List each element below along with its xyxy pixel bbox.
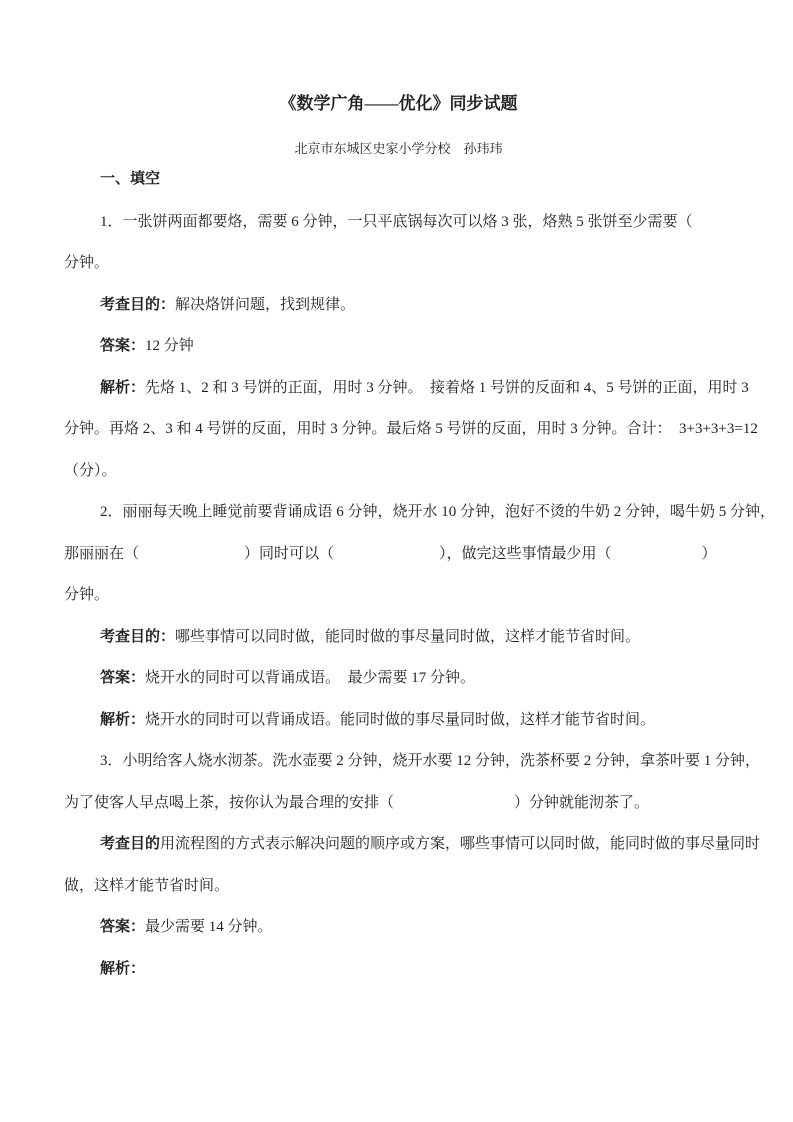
question-2-text-cont: 那丽丽在（ ）同时可以（ ），做完这些事情最少用（ ） (64, 546, 717, 562)
question-2-text-cont: 分钟。 (64, 587, 109, 603)
question-3-analysis-label-line: 解析： (64, 949, 733, 991)
question-2-line-3: 分钟。 (64, 575, 733, 617)
analysis-label: 解析： (100, 712, 145, 728)
purpose-label: 考查目的： (100, 297, 175, 313)
question-3-line-2: 为了使客人早点喝上茶，按你认为最合理的安排（ ）分钟就能沏茶了。 (64, 783, 733, 825)
question-1-line-1: 1．一张饼两面都要烙，需要 6 分钟，一只平底锅每次可以烙 3 张，烙熟 5 张… (64, 202, 733, 244)
analysis-text-cont: （分）。 (64, 463, 117, 479)
purpose-text: 用流程图的方式表示解决问题的顺序或方案，哪些事情可以同时做，能同时做的事尽量同时 (160, 836, 760, 852)
question-1-text-cont: 分钟。 (64, 255, 109, 271)
question-1-analysis-line-1: 解析：先烙 1、2 和 3 号饼的正面，用时 3 分钟。 接着烙 1 号饼的反面… (64, 368, 733, 410)
answer-text: 烧开水的同时可以背诵成语。 最少需要 17 分钟。 (145, 670, 475, 686)
analysis-label: 解析： (100, 380, 145, 396)
question-3-line-1: 3．小明给客人烧水沏茶。洗水壶要 2 分钟，烧开水要 12 分钟，洗茶杯要 2 … (64, 741, 733, 783)
purpose-label: 考查目的： (100, 629, 175, 645)
question-2-purpose: 考查目的：哪些事情可以同时做，能同时做的事尽量同时做，这样才能节省时间。 (64, 617, 733, 659)
question-3-text-cont: 为了使客人早点喝上茶，按你认为最合理的安排（ ）分钟就能沏茶了。 (64, 795, 649, 811)
answer-label: 答案： (100, 338, 145, 354)
answer-text: 最少需要 14 分钟。 (145, 919, 273, 935)
question-1-answer: 答案：12 分钟 (64, 326, 733, 368)
answer-text: 12 分钟 (145, 338, 194, 354)
question-2-answer: 答案：烧开水的同时可以背诵成语。 最少需要 17 分钟。 (64, 658, 733, 700)
question-3-purpose-line-1: 考查目的用流程图的方式表示解决问题的顺序或方案，哪些事情可以同时做，能同时做的事… (64, 824, 733, 866)
purpose-text: 哪些事情可以同时做，能同时做的事尽量同时做，这样才能节省时间。 (175, 629, 640, 645)
analysis-text-cont: 分钟。再烙 2、3 和 4 号饼的反面，用时 3 分钟。最后烙 5 号饼的反面，… (64, 421, 758, 437)
answer-label: 答案： (100, 670, 145, 686)
byline: 北京市东城区史家小学分校 孙玮玮 (64, 134, 733, 164)
document-page: 《数学广角——优化》同步试题 北京市东城区史家小学分校 孙玮玮 一、填空 1．一… (0, 0, 793, 1122)
analysis-label: 解析： (100, 961, 145, 977)
question-1-text: 1．一张饼两面都要烙，需要 6 分钟，一只平底锅每次可以烙 3 张，烙熟 5 张… (100, 214, 793, 230)
section-heading: 一、填空 (64, 164, 733, 194)
answer-label: 答案： (100, 919, 145, 935)
question-1-purpose: 考查目的：解决烙饼问题，找到规律。 (64, 285, 733, 327)
question-1-analysis-line-2: 分钟。再烙 2、3 和 4 号饼的反面，用时 3 分钟。最后烙 5 号饼的反面，… (64, 409, 733, 451)
page-title: 《数学广角——优化》同步试题 (64, 89, 733, 119)
question-3-answer: 答案：最少需要 14 分钟。 (64, 907, 733, 949)
question-3-purpose-line-2: 做，这样才能节省时间。 (64, 866, 733, 908)
document-body: 1．一张饼两面都要烙，需要 6 分钟，一只平底锅每次可以烙 3 张，烙熟 5 张… (64, 202, 733, 991)
question-2-line-2: 那丽丽在（ ）同时可以（ ），做完这些事情最少用（ ） (64, 534, 733, 576)
question-1-analysis-line-3: （分）。 (64, 451, 733, 493)
question-1-line-2: 分钟。 (64, 243, 733, 285)
question-3-text: 3．小明给客人烧水沏茶。洗水壶要 2 分钟，烧开水要 12 分钟，洗茶杯要 2 … (100, 753, 760, 769)
question-2-text: 2．丽丽每天晚上睡觉前要背诵成语 6 分钟，烧开水 10 分钟，泡好不烫的牛奶 … (100, 504, 775, 520)
purpose-label: 考查目的 (100, 836, 160, 852)
analysis-text: 烧开水的同时可以背诵成语。能同时做的事尽量同时做，这样才能节省时间。 (145, 712, 655, 728)
purpose-text-cont: 做，这样才能节省时间。 (64, 878, 229, 894)
question-2-line-1: 2．丽丽每天晚上睡觉前要背诵成语 6 分钟，烧开水 10 分钟，泡好不烫的牛奶 … (64, 492, 733, 534)
purpose-text: 解决烙饼问题，找到规律。 (175, 297, 355, 313)
analysis-text: 先烙 1、2 和 3 号饼的正面，用时 3 分钟。 接着烙 1 号饼的反面和 4… (145, 380, 749, 396)
question-2-analysis: 解析：烧开水的同时可以背诵成语。能同时做的事尽量同时做，这样才能节省时间。 (64, 700, 733, 742)
